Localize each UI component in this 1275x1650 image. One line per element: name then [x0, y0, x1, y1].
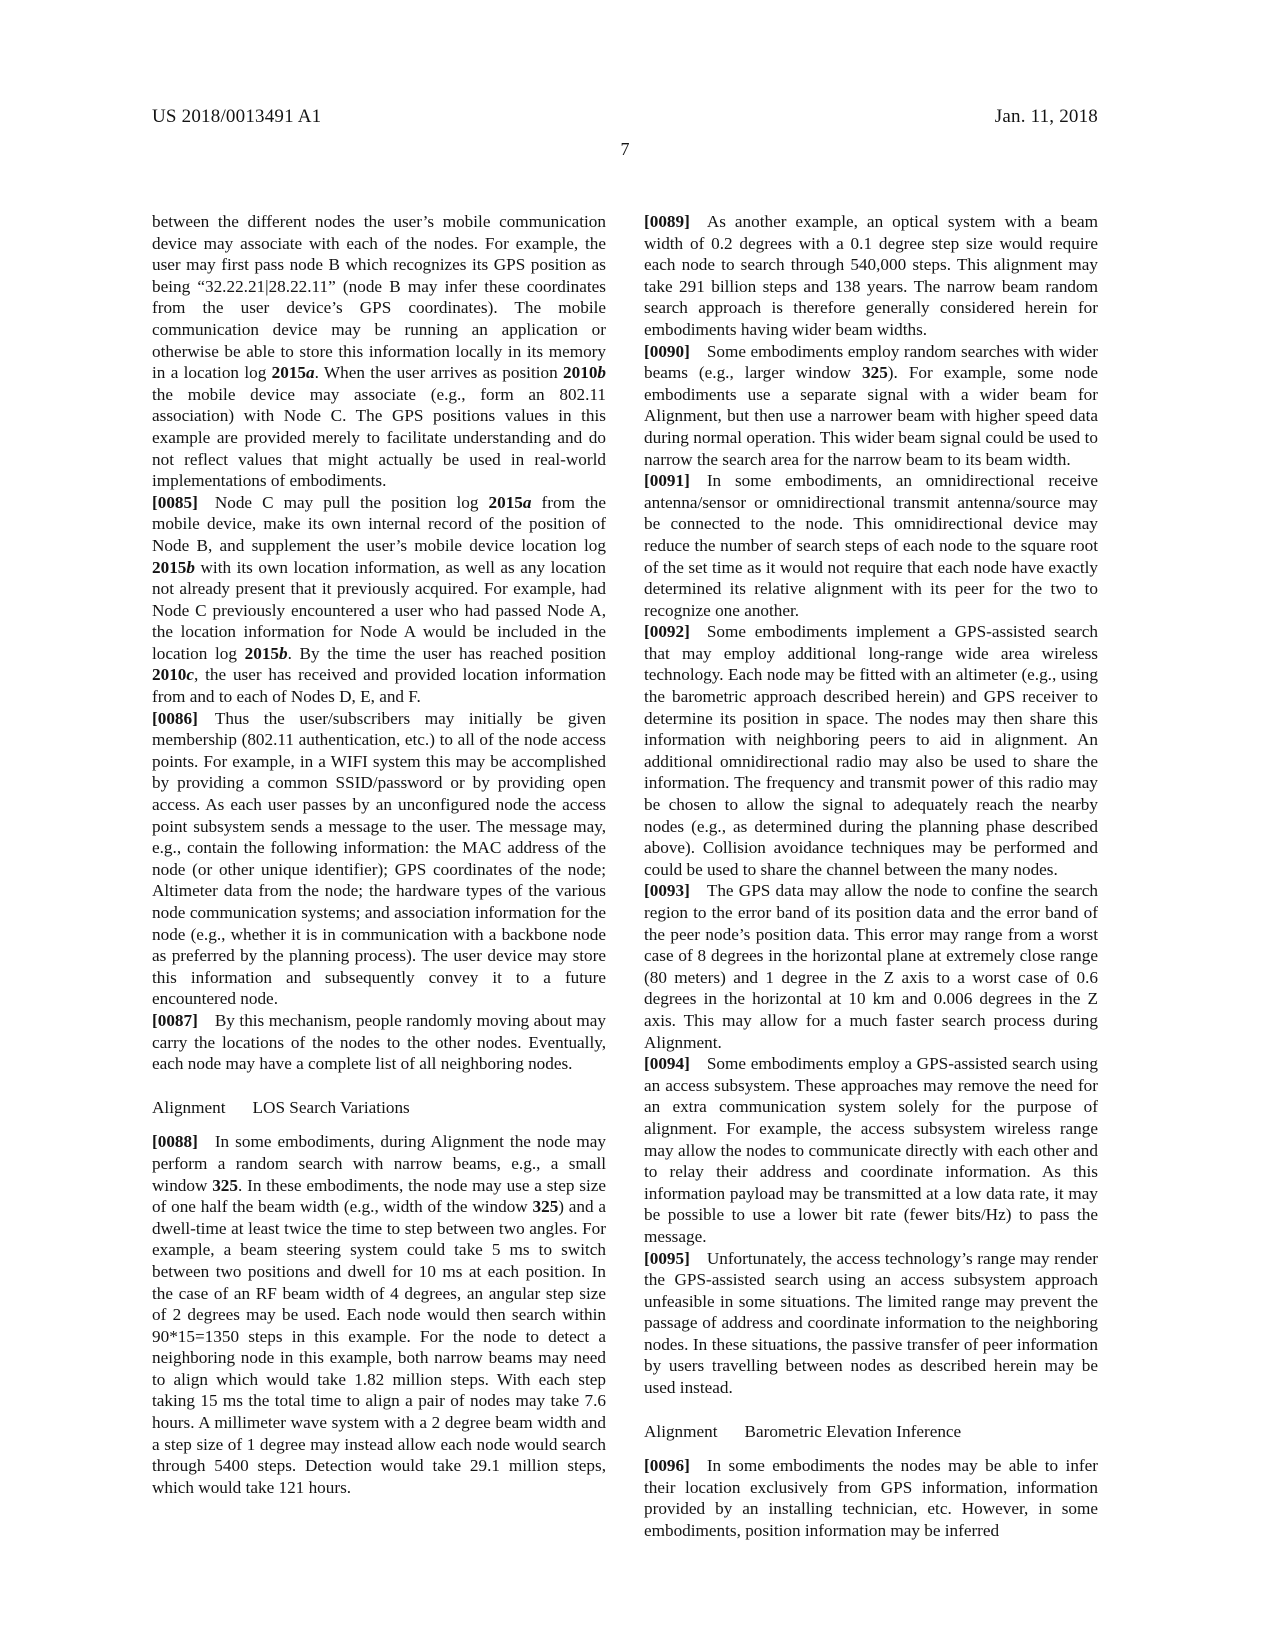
- reference-numeral: a: [306, 363, 315, 382]
- text-segment: Thus the user/subscribers may initially …: [152, 709, 606, 1009]
- text-segment: , the user has received and provided loc…: [152, 665, 606, 706]
- paragraph-number: [0096]: [644, 1456, 690, 1475]
- reference-numeral: 2015: [489, 493, 523, 512]
- text-segment: the mobile device may associate (e.g., f…: [152, 385, 606, 490]
- heading-part: LOS Search Variations: [253, 1098, 410, 1117]
- paragraph-number: [0089]: [644, 212, 690, 231]
- paragraph-number: [0094]: [644, 1054, 690, 1073]
- reference-numeral: 2015: [272, 363, 306, 382]
- reference-numeral: 325: [533, 1197, 559, 1216]
- numbered-paragraph: [0093]The GPS data may allow the node to…: [644, 880, 1098, 1053]
- right-column: [0089]As another example, an optical sys…: [644, 211, 1098, 1542]
- text-segment: ) and a dwell-time at least twice the ti…: [152, 1197, 606, 1497]
- numbered-paragraph: [0085]Node C may pull the position log 2…: [152, 492, 606, 708]
- reference-numeral: 325: [862, 363, 888, 382]
- paragraph-number: [0086]: [152, 709, 198, 728]
- paragraph-number: [0091]: [644, 471, 690, 490]
- numbered-paragraph: [0095]Unfortunately, the access technolo…: [644, 1248, 1098, 1399]
- reference-numeral: b: [186, 558, 195, 577]
- paragraph-number: [0087]: [152, 1011, 198, 1030]
- numbered-paragraph: [0090]Some embodiments employ random sea…: [644, 341, 1098, 471]
- text-segment: By this mechanism, people randomly movin…: [152, 1011, 606, 1073]
- text-segment: Some embodiments implement a GPS-assiste…: [644, 622, 1098, 879]
- document-number: US 2018/0013491 A1: [152, 106, 321, 128]
- text-segment: In some embodiments the nodes may be abl…: [644, 1456, 1098, 1540]
- heading-part: Alignment: [152, 1098, 226, 1117]
- left-column: between the different nodes the user’s m…: [152, 211, 606, 1542]
- heading-part: Barometric Elevation Inference: [745, 1422, 962, 1441]
- text-segment: The GPS data may allow the node to confi…: [644, 881, 1098, 1051]
- page-header: US 2018/0013491 A1 Jan. 11, 2018: [152, 106, 1098, 128]
- numbered-paragraph: [0086]Thus the user/subscribers may init…: [152, 708, 606, 1010]
- paragraph-number: [0092]: [644, 622, 690, 641]
- reference-numeral: 2015: [152, 558, 186, 577]
- reference-numeral: c: [186, 665, 194, 684]
- paragraph-number: [0090]: [644, 342, 690, 361]
- body-paragraph: between the different nodes the user’s m…: [152, 211, 606, 492]
- section-heading: AlignmentLOS Search Variations: [152, 1097, 606, 1119]
- reference-numeral: b: [279, 644, 288, 663]
- paragraph-number: [0095]: [644, 1249, 690, 1268]
- paragraph-number: [0085]: [152, 493, 198, 512]
- text-segment: Some embodiments employ a GPS-assisted s…: [644, 1054, 1098, 1246]
- heading-part: Alignment: [644, 1422, 718, 1441]
- text-segment: Node C may pull the position log: [215, 493, 489, 512]
- reference-numeral: 325: [212, 1176, 238, 1195]
- text-columns: between the different nodes the user’s m…: [152, 211, 1098, 1542]
- numbered-paragraph: [0089]As another example, an optical sys…: [644, 211, 1098, 341]
- text-segment: Unfortunately, the access technology’s r…: [644, 1249, 1098, 1398]
- reference-numeral: b: [597, 363, 606, 382]
- patent-document-page: US 2018/0013491 A1 Jan. 11, 2018 7 betwe…: [0, 0, 1275, 1650]
- numbered-paragraph: [0091]In some embodiments, an omnidirect…: [644, 470, 1098, 621]
- numbered-paragraph: [0096]In some embodiments the nodes may …: [644, 1455, 1098, 1541]
- reference-numeral: 2010: [563, 363, 597, 382]
- numbered-paragraph: [0092]Some embodiments implement a GPS-a…: [644, 621, 1098, 880]
- page-number: 7: [152, 139, 1098, 160]
- numbered-paragraph: [0094]Some embodiments employ a GPS-assi…: [644, 1053, 1098, 1247]
- text-segment: As another example, an optical system wi…: [644, 212, 1098, 339]
- reference-numeral: 2015: [245, 644, 279, 663]
- paragraph-number: [0093]: [644, 881, 690, 900]
- reference-numeral: 2010: [152, 665, 186, 684]
- publication-date: Jan. 11, 2018: [995, 106, 1098, 128]
- section-heading: AlignmentBarometric Elevation Inference: [644, 1421, 1098, 1443]
- text-segment: In some embodiments, an omnidirectional …: [644, 471, 1098, 620]
- numbered-paragraph: [0087]By this mechanism, people randomly…: [152, 1010, 606, 1075]
- paragraph-number: [0088]: [152, 1132, 198, 1151]
- numbered-paragraph: [0088]In some embodiments, during Alignm…: [152, 1131, 606, 1498]
- text-segment: between the different nodes the user’s m…: [152, 212, 606, 382]
- text-segment: . By the time the user has reached posit…: [288, 644, 606, 663]
- text-segment: . When the user arrives as position: [315, 363, 563, 382]
